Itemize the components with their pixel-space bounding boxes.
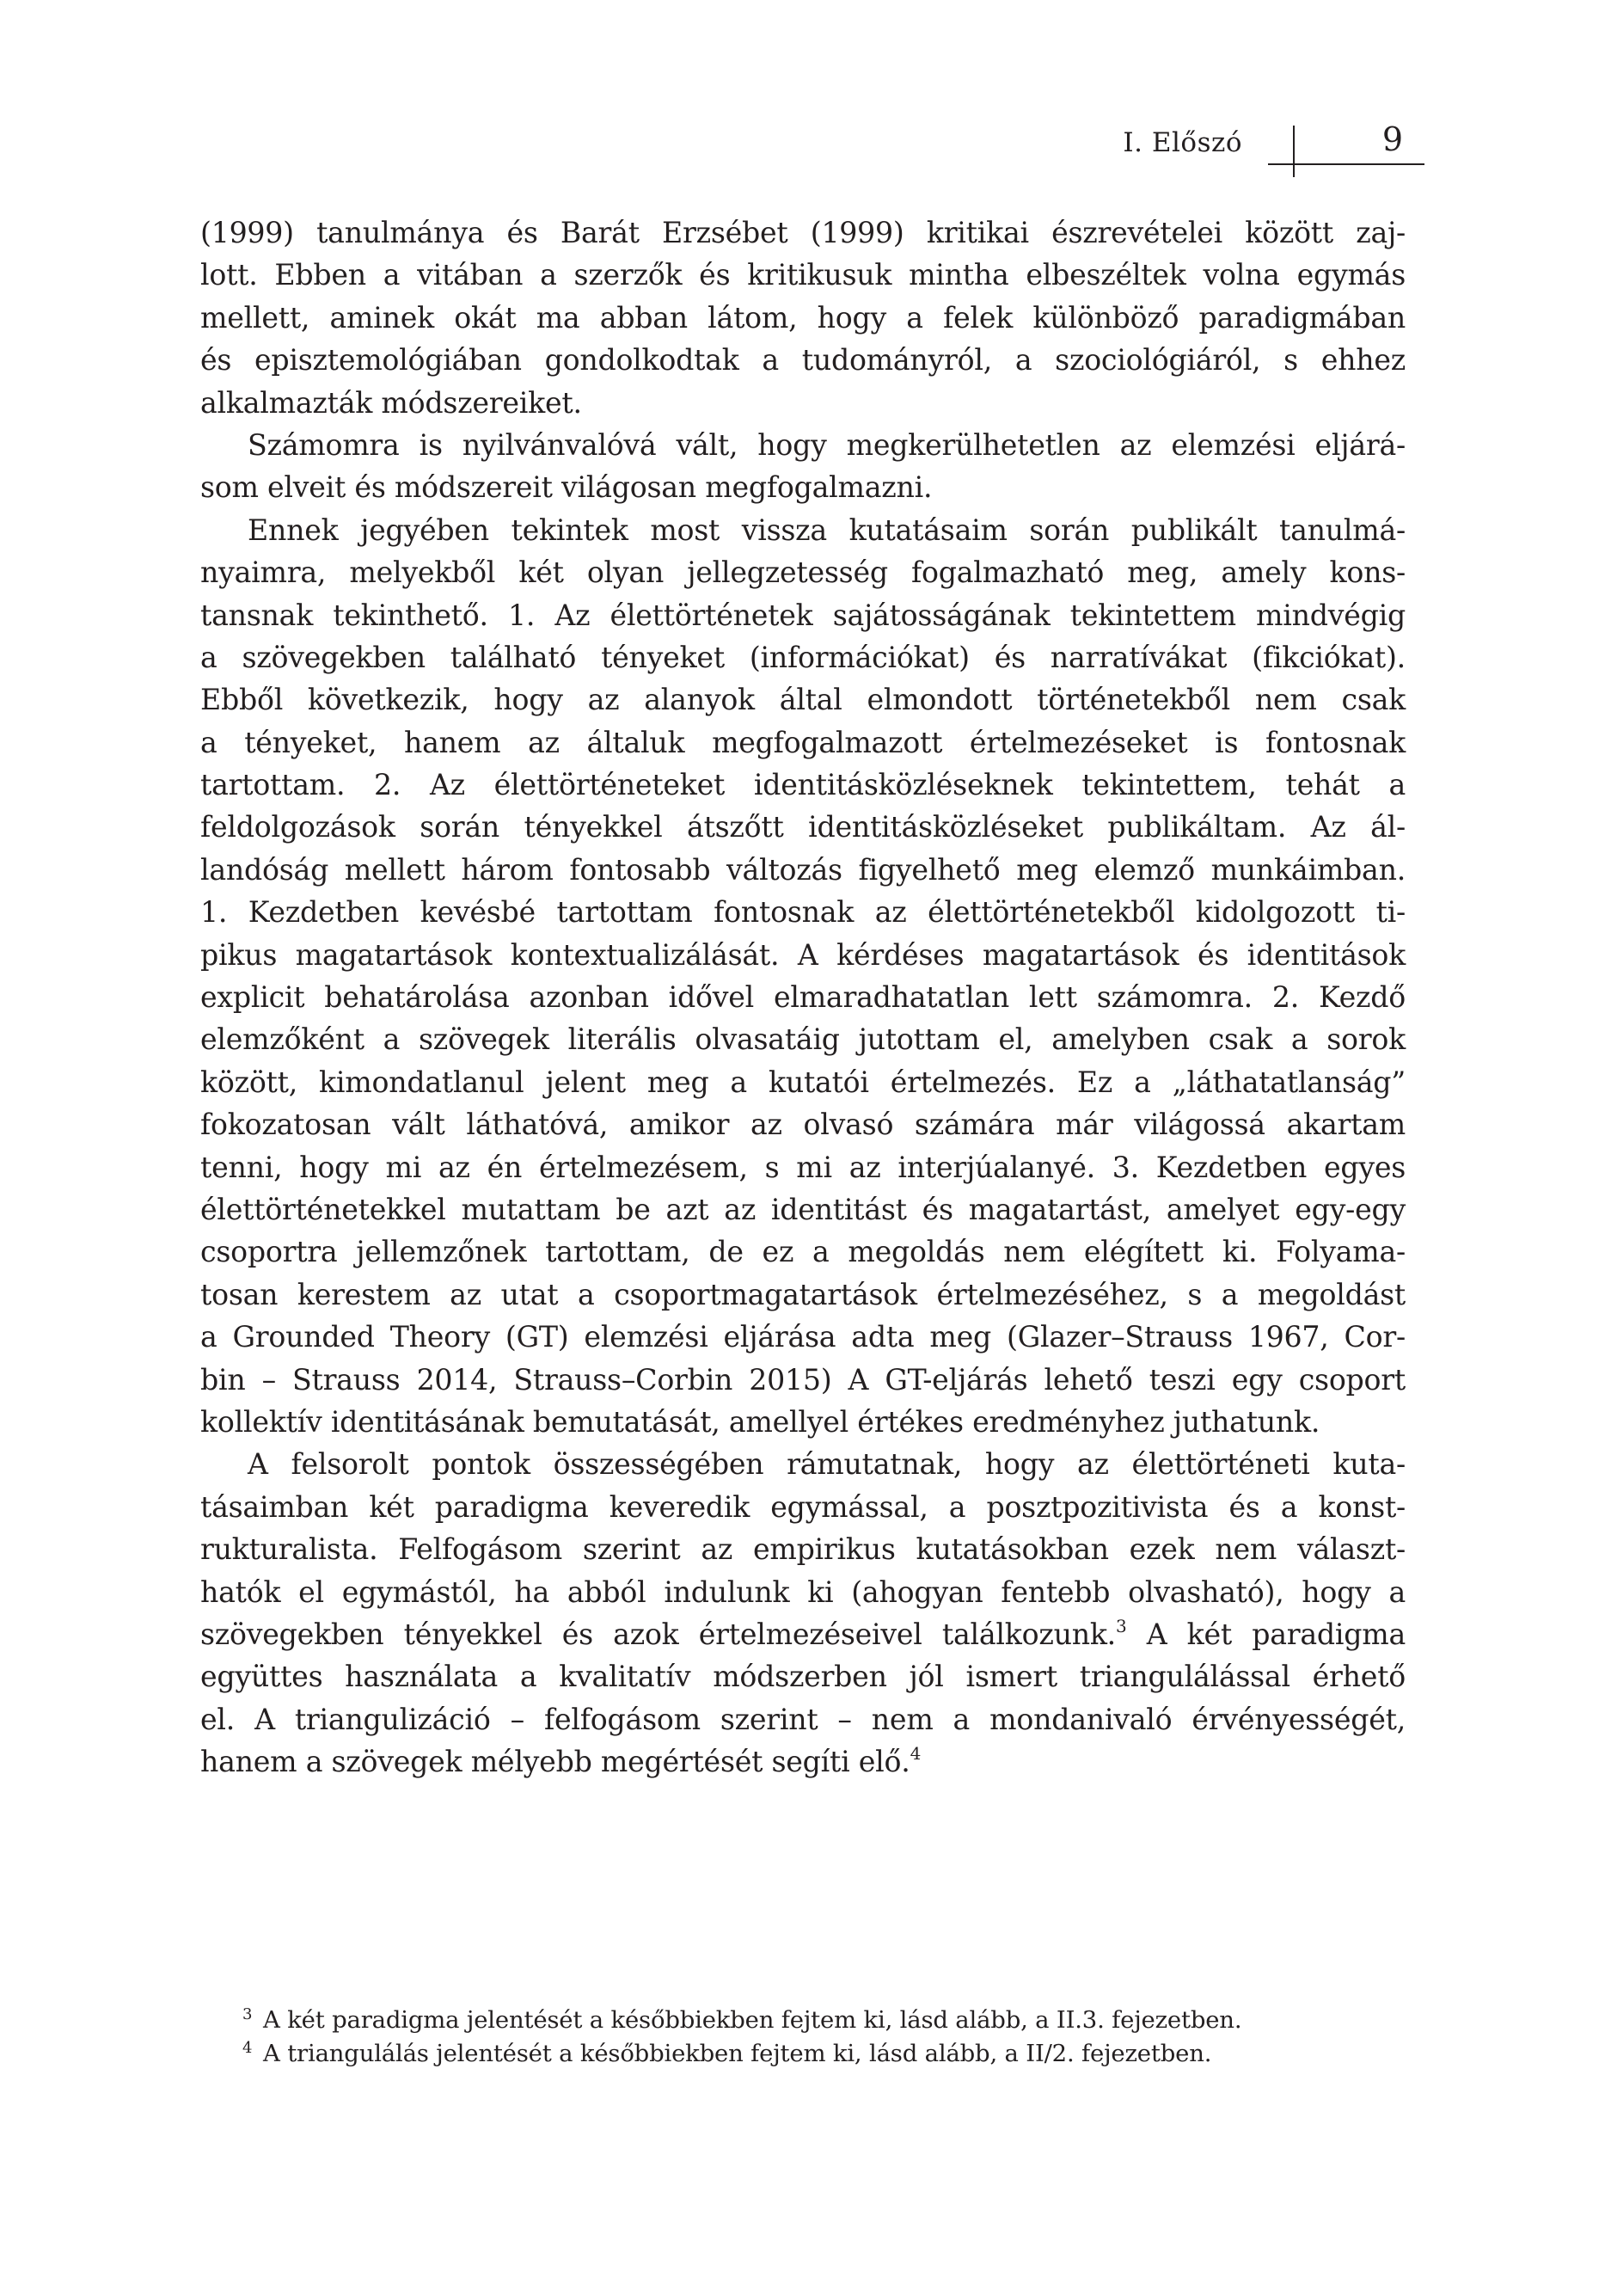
header-horizontal-rule xyxy=(1268,163,1424,165)
footnote: 3A két paradigma jelentését a későbbiekb… xyxy=(242,2004,1360,2037)
text-line: el. A triangulizáció – felfogásom szerin… xyxy=(200,1698,1406,1740)
footnote-text: A triangulálás jelentését a későbbiekben… xyxy=(263,2040,1211,2067)
text-line: 1. Kezdetben kevésbé tartottam fontosnak… xyxy=(200,891,1406,933)
text-line: mellett, aminek okát ma abban látom, hog… xyxy=(200,297,1406,339)
text-line: lott. Ebben a vitában a szerzők és kriti… xyxy=(200,254,1406,296)
text-line: a Grounded Theory (GT) elemzési eljárása… xyxy=(200,1316,1406,1358)
text-segment: hanem a szövegek mélyebb megértését segí… xyxy=(200,1745,910,1778)
paragraph: Számomra is nyilvánvalóvá vált, hogy meg… xyxy=(200,424,1406,509)
text-line: bin – Strauss 2014, Strauss–Corbin 2015)… xyxy=(200,1359,1406,1401)
text-line: elemzőként a szövegek literális olvasatá… xyxy=(200,1018,1406,1060)
text-line: explicit behatárolása azonban idővel elm… xyxy=(200,976,1406,1018)
text-line: Számomra is nyilvánvalóvá vált, hogy meg… xyxy=(200,424,1406,466)
footnote: 4A triangulálás jelentését a későbbiekbe… xyxy=(242,2037,1360,2071)
text-line: (1999) tanulmánya és Barát Erzsébet (199… xyxy=(200,212,1406,254)
paragraph: (1999) tanulmánya és Barát Erzsébet (199… xyxy=(200,212,1406,424)
text-line: pikus magatartások kontextualizálását. A… xyxy=(200,934,1406,976)
text-line: kollektív identitásának bemutatását, ame… xyxy=(200,1401,1406,1443)
text-line: csoportra jellemzőnek tartottam, de ez a… xyxy=(200,1231,1406,1273)
body-text: (1999) tanulmánya és Barát Erzsébet (199… xyxy=(200,212,1406,1783)
text-line: között, kimondatlanul jelent meg a kutat… xyxy=(200,1061,1406,1103)
header-vertical-rule xyxy=(1293,126,1295,177)
text-line: a tényeket, hanem az általuk megfogalmaz… xyxy=(200,721,1406,764)
text-line: élettörténetekkel mutattam be azt az ide… xyxy=(200,1188,1406,1231)
text-line: landóság mellett három fontosabb változá… xyxy=(200,849,1406,891)
text-line: hatók el egymástól, ha abból indulunk ki… xyxy=(200,1571,1406,1613)
text-segment: szövegekben tényekkel és azok értelmezés… xyxy=(200,1618,1116,1651)
paragraph: Ennek jegyében tekintek most vissza kuta… xyxy=(200,509,1406,1444)
footnotes: 3A két paradigma jelentését a későbbiekb… xyxy=(242,2004,1360,2071)
text-line-with-footnote: hanem a szövegek mélyebb megértését segí… xyxy=(200,1740,1406,1783)
text-line: és episztemológiában gondolkodtak a tudo… xyxy=(200,339,1406,381)
text-segment: A két paradigma xyxy=(1147,1618,1406,1651)
text-line: tartottam. 2. Az élettörténeteket identi… xyxy=(200,764,1406,806)
text-line: tásaimban két paradigma keveredik egymás… xyxy=(200,1486,1406,1528)
running-header: I. Előszó 9 xyxy=(1118,120,1427,181)
footnote-ref-3[interactable]: 3 xyxy=(1116,1616,1126,1636)
page-number: 9 xyxy=(1382,120,1403,158)
text-line: tosan kerestem az utat a csoportmagatart… xyxy=(200,1274,1406,1316)
footnote-text: A két paradigma jelentését a későbbiekbe… xyxy=(263,2006,1241,2034)
text-line: Ebből következik, hogy az alanyok által … xyxy=(200,678,1406,721)
text-line: a szövegekben található tényeket (inform… xyxy=(200,636,1406,678)
text-line: som elveit és módszereit világosan megfo… xyxy=(200,466,1406,508)
text-line: fokozatosan vált láthatóvá, amikor az ol… xyxy=(200,1103,1406,1145)
text-line-with-footnote: szövegekben tényekkel és azok értelmezés… xyxy=(200,1613,1406,1655)
text-line: Ennek jegyében tekintek most vissza kuta… xyxy=(200,509,1406,551)
text-line: A felsorolt pontok összességében rámutat… xyxy=(200,1443,1406,1485)
footnote-ref-4[interactable]: 4 xyxy=(910,1743,921,1764)
text-line: alkalmazták módszereiket. xyxy=(200,382,1406,424)
text-line: együttes használata a kvalitatív módszer… xyxy=(200,1655,1406,1697)
text-line: nyaimra, melyekből két olyan jellegzetes… xyxy=(200,551,1406,593)
text-line: tansnak tekinthető. 1. Az élettörténetek… xyxy=(200,594,1406,636)
text-line: tenni, hogy mi az én értelmezésem, s mi … xyxy=(200,1146,1406,1188)
chapter-title: I. Előszó xyxy=(1123,127,1242,158)
text-line: feldolgozások során tényekkel átszőtt id… xyxy=(200,806,1406,848)
text-line: rukturalista. Felfogásom szerint az empi… xyxy=(200,1528,1406,1570)
paragraph: A felsorolt pontok összességében rámutat… xyxy=(200,1443,1406,1783)
